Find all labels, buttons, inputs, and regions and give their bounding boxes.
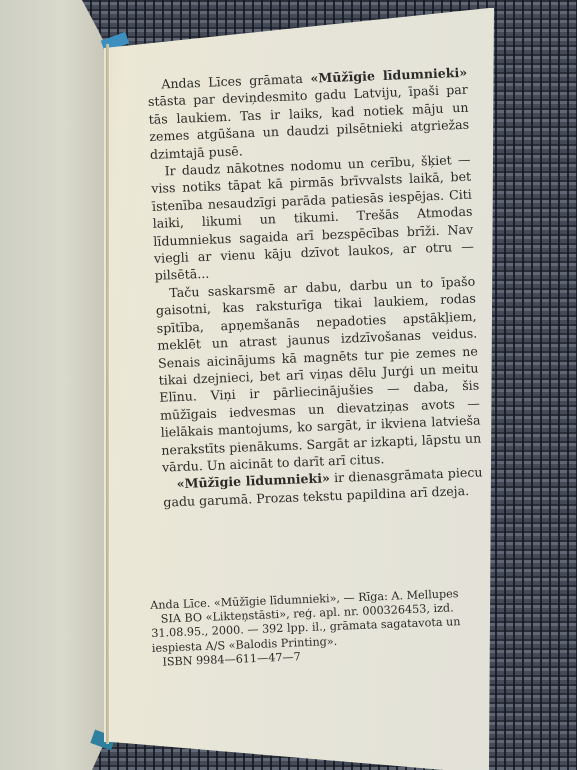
book-gutter	[106, 44, 109, 744]
left-page	[0, 0, 108, 770]
book-description: Andas Līces grāmata «Mūžīgie līdumnieki»…	[147, 64, 483, 511]
imprint-block: Anda Līce. «Mūžīgie līdumnieki», — Rīga:…	[150, 587, 453, 669]
paragraph-1: Andas Līces grāmata «Mūžīgie līdumnieki»…	[147, 64, 470, 163]
paragraph-3: Taču saskarsmē ar dabu, darbu un to īpaš…	[155, 272, 482, 476]
p1-rest: stāsta par deviņdesmito gadu Latviju, īp…	[148, 82, 470, 161]
paragraph-2: Ir daudz nākotnes nodomu un cerību, šķie…	[150, 151, 474, 285]
